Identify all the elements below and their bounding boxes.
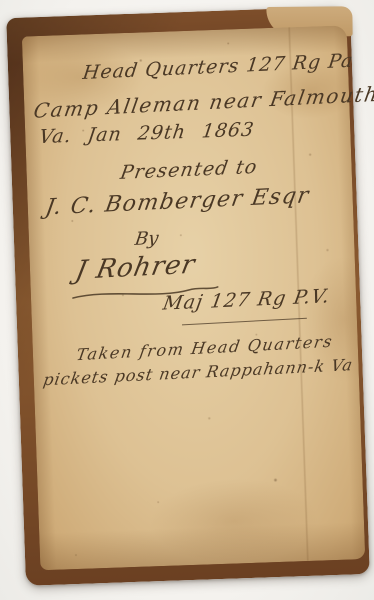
book-cover: Head Quarters 127 Rg Pa Camp Alleman nea… <box>6 6 370 586</box>
line-date: Va. Jan 29th 1863 <box>38 119 256 149</box>
line-by: By <box>134 228 160 250</box>
line-head-quarters: Head Quarters 127 Rg Pa <box>81 50 354 84</box>
line-recipient: J. C. Bomberger Esqr <box>43 183 311 220</box>
rank-underline <box>182 318 307 326</box>
signature: J Rohrer <box>73 250 198 286</box>
book-page: Head Quarters 127 Rg Pa Camp Alleman nea… <box>22 25 365 570</box>
line-presented-to: Presented to <box>119 156 260 184</box>
line-camp: Camp Alleman near Falmouth <box>32 82 374 123</box>
